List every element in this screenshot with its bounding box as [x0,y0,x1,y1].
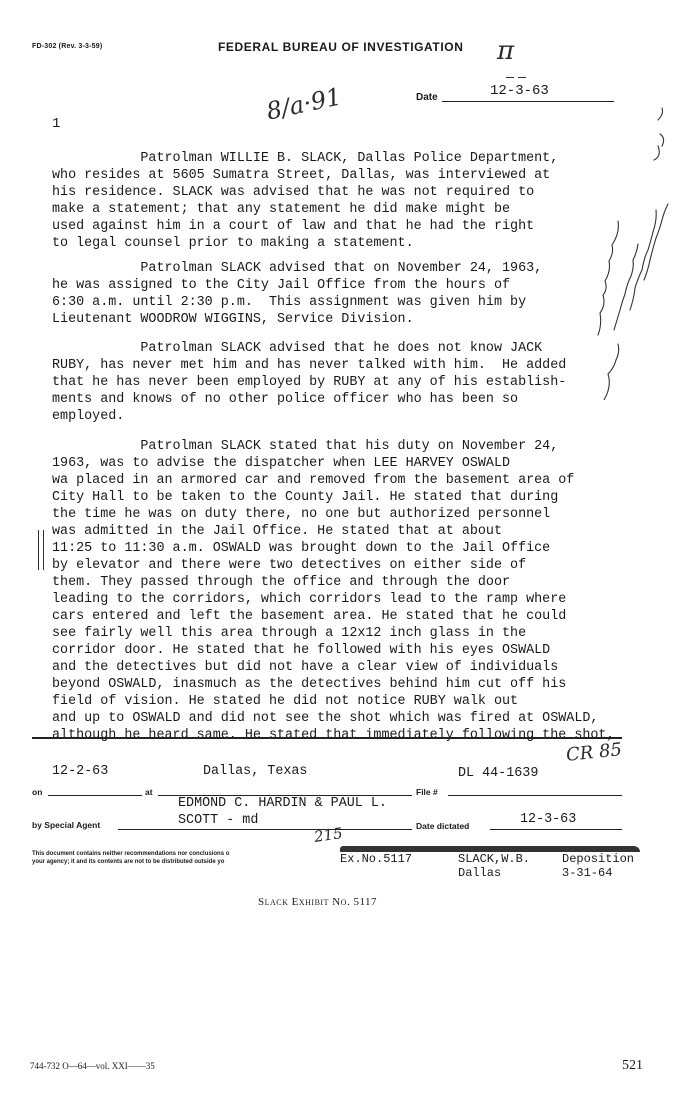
interview-date-value: 12-2-63 [52,764,108,779]
special-agent-label: by Special Agent [32,820,100,830]
dash-mark [506,77,514,78]
date-dictated-underline [490,829,622,830]
file-underline [448,795,622,796]
date-label: Date [416,92,438,103]
date-value: 12-3-63 [490,83,549,99]
file-label: File # [416,787,438,797]
agent-underline [118,829,412,830]
date-underline [442,101,614,102]
exhibit-type: Deposition [562,852,634,866]
exhibit-witness-name: SLACK,W.B. [458,852,530,866]
disclaimer-line-1: This document contains neither recommend… [32,850,342,858]
agent-name-line-2: SCOTT - md [178,813,258,828]
on-underline [48,795,142,796]
footer-divider [32,737,622,739]
print-code: 744-732 O—64—vol. XXI——35 [30,1061,155,1071]
file-number-value: DL 44-1639 [458,766,538,781]
exhibit-number: Ex.No.5117 [340,852,412,866]
paragraph-3: Patrolman SLACK advised that he does not… [52,340,612,425]
date-dictated-label: Date dictated [416,821,469,831]
page-number: 1 [52,116,60,132]
location-value: Dallas, Texas [203,764,307,779]
agent-name-line-1: EDMOND C. HARDIN & PAUL L. [178,796,387,811]
dash-mark [518,77,526,78]
exhibit-caption: Slack Exhibit No. 5117 [258,896,377,908]
exhibit-date: 3-31-64 [562,866,612,880]
publication-page-number: 521 [622,1058,643,1074]
disclaimer-line-2: your agency; it and its contents are not… [32,858,342,866]
paragraph-1: Patrolman WILLIE B. SLACK, Dallas Police… [52,150,612,252]
exhibit-city: Dallas [458,866,501,880]
paragraph-4: Patrolman SLACK stated that his duty on … [52,438,612,744]
date-dictated-value: 12-3-63 [520,812,576,827]
on-label: on [32,787,42,797]
form-number: FD-302 (Rev. 3-3-59) [32,43,102,50]
agency-title: FEDERAL BUREAU OF INVESTIGATION [218,40,464,54]
at-label: at [145,787,153,797]
margin-bracket-mark [38,530,44,570]
handwritten-date-note: 8/a·91 [264,82,344,125]
handwritten-top-mark: π [497,36,514,66]
handwritten-file-mark: CR 85 [565,739,623,766]
disclaimer: This document contains neither recommend… [32,850,342,866]
paragraph-2: Patrolman SLACK advised that on November… [52,260,612,328]
handwritten-dictated-mark: 215 [313,824,344,846]
